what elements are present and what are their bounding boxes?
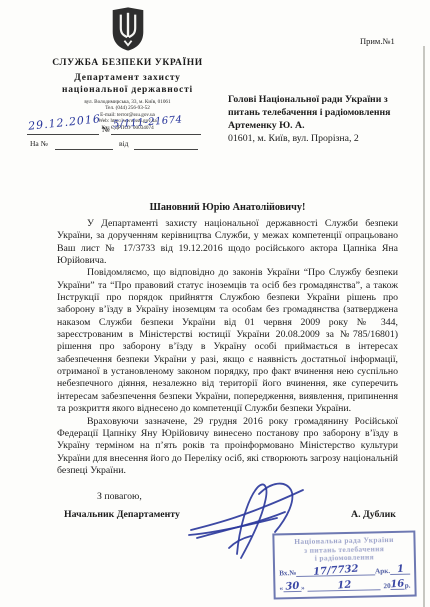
stamp-day-handwriting: 30 (285, 582, 299, 590)
incoming-registration-stamp: Національна рада України з питань телеба… (272, 531, 416, 600)
letterhead: СЛУЖБА БЕЗПЕКИ УКРАЇНИ Департамент захис… (25, 6, 230, 131)
recipient-address: 01601, м. Київ, вул. Прорізна, 2 (228, 132, 423, 145)
recipient-name: Артеменку Ю. А. (228, 119, 423, 132)
number-blank-line (111, 134, 201, 135)
stamp-day-line: 30 (283, 583, 301, 592)
reply-number-blank-line (55, 149, 113, 150)
recipient-block: Голові Національної ради України з питан… (228, 93, 423, 145)
reply-date-blank-line (134, 149, 198, 150)
stamp-sheets-handwriting: 1 (396, 565, 403, 572)
recipient-title-line1: Голові Національної ради України з (228, 93, 423, 106)
scan-edge-artifact (423, 46, 425, 607)
department-name-line2: національної державності (25, 85, 230, 97)
stamp-org-line3: і радіомовлення (279, 553, 410, 564)
org-name: СЛУЖБА БЕЗПЕКИ УКРАЇНИ (25, 58, 230, 68)
department-name-line1: Департамент захисту (25, 73, 230, 85)
stamp-incoming-number-handwriting: 17/7732 (313, 565, 359, 575)
number-sign: № (102, 125, 110, 134)
stamp-sheets-line: 1 (390, 565, 410, 574)
signer-position: Начальник Департаменту (64, 509, 180, 520)
paragraph-2: Повідомляємо, що відповідно до законів У… (57, 267, 398, 415)
scanned-letter-page: СЛУЖБА БЕЗПЕКИ УКРАЇНИ Департамент захис… (0, 0, 430, 607)
stamp-year-line: 16 (391, 581, 405, 590)
recipient-title-line2: питань телебачення і радіомовлення (228, 106, 423, 119)
reply-to-label: На № (30, 139, 48, 148)
stamp-incoming-label: Вх.№ (279, 569, 296, 577)
stamp-month-handwriting: 12 (337, 581, 351, 589)
signer-name: А. Дублик (351, 509, 396, 520)
stamp-incoming-number-line: 17/7732 (296, 566, 375, 577)
reply-from-label: від (119, 139, 128, 148)
stamp-year-suffix: р. (405, 581, 411, 589)
salutation: Шановний Юрію Анатолійовичу! (57, 202, 398, 213)
closing-phrase: З повагою, (97, 491, 142, 502)
stamp-quote-close: » (301, 584, 305, 592)
copy-number-note: Прим.№1 (360, 36, 395, 46)
stamp-month-line: 12 (308, 581, 381, 592)
stamp-year-handwriting: 16 (390, 580, 404, 588)
paragraph-1: У Департаменті захисту національної держ… (57, 218, 398, 267)
paragraph-3: Враховуючи зазначене, 29 грудня 2016 рок… (57, 416, 398, 478)
letter-body: Шановний Юрію Анатолійовичу! У Департаме… (57, 202, 398, 477)
stamp-sheets-label: Арк. (375, 567, 390, 575)
date-blank-line (27, 134, 99, 135)
trident-emblem-icon (110, 6, 146, 52)
